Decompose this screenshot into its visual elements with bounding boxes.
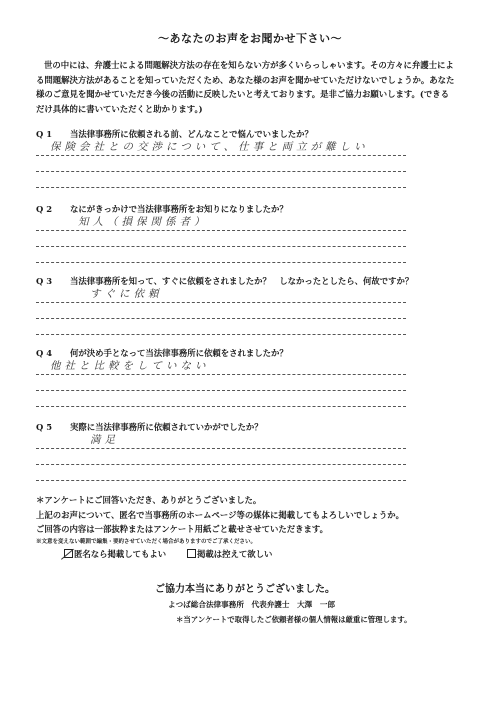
question-number: Q 3 [36, 275, 70, 287]
handwritten-answer: 他社と比較をしていない [50, 358, 210, 373]
answer-area[interactable]: 他社と比較をしていない [36, 359, 406, 407]
closing-thanks: ＊アンケートにご回答いただき、ありがとうございました。 [36, 493, 496, 508]
choice-anonymous[interactable]: 匿名なら掲載してもよい [64, 548, 166, 560]
answer-area[interactable]: 保険会社との交渉について、仕事と両立が難しい [36, 140, 406, 188]
choice-label: 匿名なら掲載してもよい [74, 549, 166, 559]
question-number: Q 2 [36, 203, 70, 215]
question-text: 何が決め手となって当法律事務所に依頼をされましたか？ [70, 348, 288, 358]
answer-area[interactable]: 満足 [36, 433, 406, 481]
answer-area[interactable]: 知人（損保関係者） [36, 215, 406, 263]
editing-note: ※文意を変えない範囲で編集・要約させていただく場合がありますのでご了承ください。 [36, 537, 496, 547]
checked-checkbox-icon[interactable] [64, 549, 73, 558]
handwritten-answer: 保険会社との交渉について、仕事と両立が難しい [50, 139, 369, 154]
privacy-notice: ＊当アンケートで取得したご依頼者様の個人情報は厳重に管理します。 [176, 614, 411, 625]
intro-paragraph: 世の中には、弁護士による問題解決方法の存在を知らない方が多くいらっしゃいます。そ… [36, 58, 456, 116]
question-4: Q 4何が決め手となって当法律事務所に依頼をされましたか？ 他社と比較をしていな… [36, 347, 496, 407]
intro-text: 世の中には、弁護士による問題解決方法の存在を知らない方が多くいらっしゃいます。そ… [36, 58, 456, 116]
handwritten-answer: 満足 [90, 432, 119, 447]
question-text: なにがきっかけで当法律事務所をお知りになりましたか？ [70, 204, 288, 214]
firm-signature: よつば総合法律事務所 代表弁護士 大澤 一郎 [168, 599, 335, 610]
question-3: Q 3当法律事務所を知って、すぐに依頼をされましたか？ しなかったとしたら、何故… [36, 275, 496, 335]
answer-area[interactable]: すぐに依頼 [36, 287, 406, 335]
choice-decline[interactable]: 掲載は控えて欲しい [187, 548, 272, 560]
question-number: Q 5 [36, 421, 70, 433]
question-text: 当法律事務所を知って、すぐに依頼をされましたか？ しなかったとしたら、何故ですか… [70, 276, 413, 286]
question-5: Q 5実際に当法律事務所に依頼されていかがでしたか？ 満足 [36, 421, 496, 481]
publication-detail: ご回答の内容は一部抜粋またはアンケート用紙ごと載せさせていただきます。 [36, 522, 496, 537]
question-1: Q 1当法律事務所に依頼される前、どんなことで悩んでいましたか？ 保険会社との交… [36, 128, 496, 188]
handwritten-answer: すぐに依頼 [90, 286, 163, 301]
page-title: ～あなたのお声をお聞かせ下さい～ [0, 30, 500, 46]
question-text: 実際に当法律事務所に依頼されていかがでしたか？ [70, 422, 263, 432]
publication-question: 上記のお声について、匿名で当事務所のホームページ等の媒体に掲載してもよろしいでし… [36, 508, 496, 523]
publication-choices: 匿名なら掲載してもよい 掲載は控えて欲しい [36, 548, 496, 560]
footer-thanks: ご協力本当にありがとうございました。 [155, 580, 335, 595]
question-2: Q 2なにがきっかけで当法律事務所をお知りになりましたか？ 知人（損保関係者） [36, 203, 496, 263]
checkbox-icon[interactable] [187, 549, 196, 558]
question-text: 当法律事務所に依頼される前、どんなことで悩んでいましたか？ [70, 129, 313, 139]
closing-section: ＊アンケートにご回答いただき、ありがとうございました。 上記のお声について、匿名… [36, 493, 496, 560]
choice-label: 掲載は控えて欲しい [197, 549, 272, 559]
handwritten-answer: 知人（損保関係者） [78, 214, 209, 229]
